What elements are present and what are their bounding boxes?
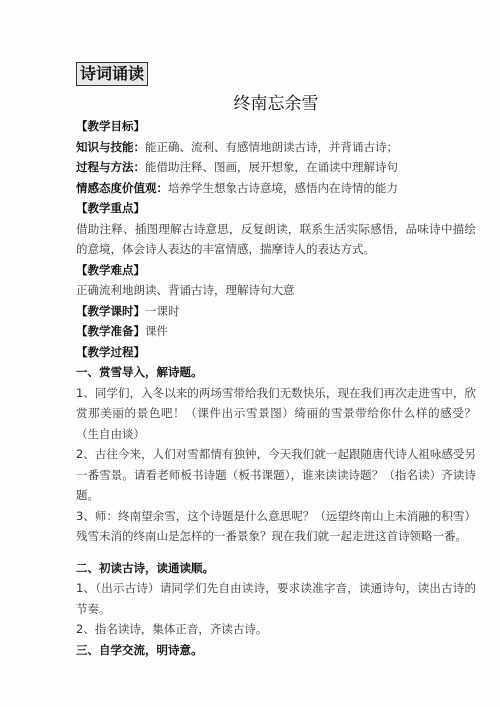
hours-heading: 【教学课时】 — [76, 304, 145, 318]
hours-text: 一课时 — [145, 304, 180, 318]
difficulties-text: 正确流利地朗读、背诵古诗，理解诗句大意 — [76, 280, 476, 301]
hours-line: 【教学课时】一课时 — [76, 301, 476, 322]
difficulties-heading: 【教学难点】 — [76, 260, 476, 281]
goal-label: 知识与技能： — [76, 140, 145, 154]
goal-text: 能借助注释、图画，展开想象，在诵读中理解诗句 — [145, 160, 398, 174]
goal-text: 能正确、流利、有感情地朗读古诗，并背诵古诗； — [145, 140, 398, 154]
goal-knowledge: 知识与技能：能正确、流利、有感情地朗读古诗，并背诵古诗； — [76, 137, 476, 158]
section-paragraph: 2、指名读诗，集体正音，齐读古诗。 — [76, 619, 476, 640]
section-title: 一、赏雪导入，解诗题。 — [76, 362, 476, 383]
poem-title: 终南忘余雪 — [76, 92, 476, 116]
goal-label: 过程与方法： — [76, 160, 145, 174]
goal-text: 培养学生想象古诗意境，感悟内在诗情的能力 — [168, 181, 398, 195]
section-title: 二、初读古诗，读通读顺。 — [76, 558, 476, 579]
section-paragraph: 1、（出示古诗）请同学们先自由读诗，要求读准字音，读通诗句，读出古诗的节奏。 — [76, 578, 476, 619]
prep-line: 【教学准备】课件 — [76, 321, 476, 342]
prep-heading: 【教学准备】 — [76, 324, 145, 338]
goals-heading: 【教学目标】 — [76, 116, 476, 137]
prep-text: 课件 — [145, 324, 168, 338]
goal-label: 情感态度价值观： — [76, 181, 168, 195]
goal-emotion: 情感态度价值观：培养学生想象古诗意境，感悟内在诗情的能力 — [76, 178, 476, 199]
key-points-text: 借助注释、插图理解古诗意思，反复朗读，联系生活实际感悟，品味诗中描绘的意境，体会… — [76, 219, 476, 260]
key-points-heading: 【教学重点】 — [76, 198, 476, 219]
section-paragraph: 2、古往今来，人们对雪都情有独钟，今天我们就一起跟随唐代诗人祖咏感受另一番雪景。… — [76, 444, 476, 506]
process-heading: 【教学过程】 — [76, 342, 476, 363]
section-title: 三、自学交流，明诗意。 — [76, 640, 476, 661]
document-page: 诗词诵读 终南忘余雪 【教学目标】 知识与技能：能正确、流利、有感情地朗读古诗，… — [76, 62, 476, 660]
section-paragraph: 1、同学们，入冬以来的两场雪带给我们无数快乐，现在我们再次走进雪中，欣赏那美丽的… — [76, 383, 476, 445]
section-tag: 诗词诵读 — [76, 62, 148, 86]
section-paragraph: 3、师：终南望余雪，这个诗题是什么意思呢？（远望终南山上未消融的积雪）残雪未消的… — [76, 506, 476, 547]
goal-process: 过程与方法：能借助注释、图画，展开想象，在诵读中理解诗句 — [76, 157, 476, 178]
